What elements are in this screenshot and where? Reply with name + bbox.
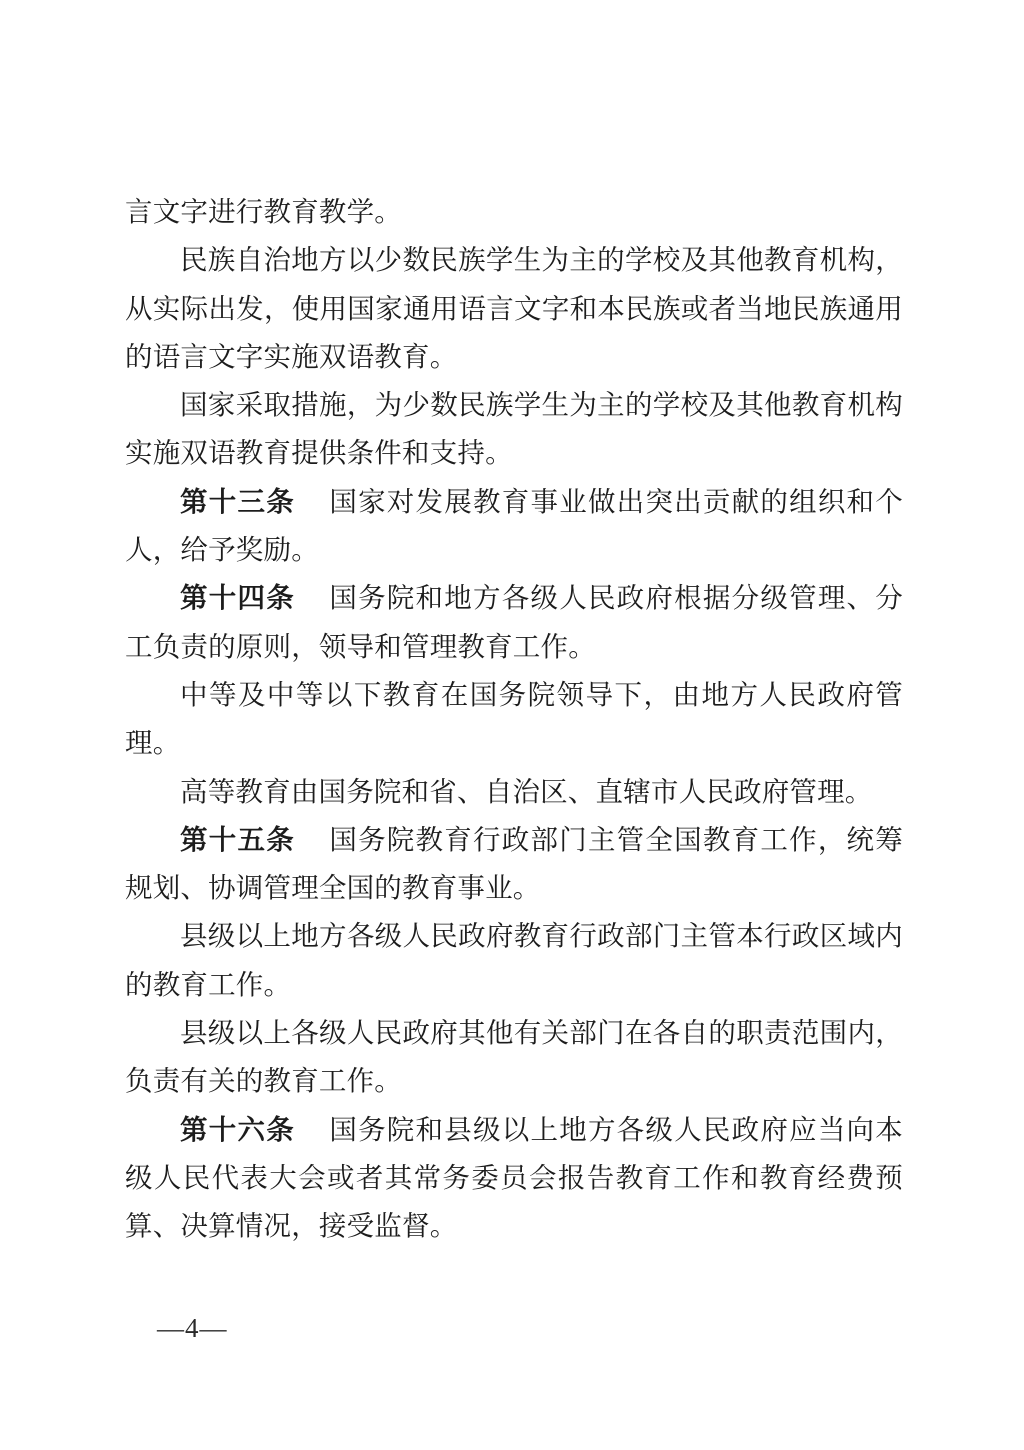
article-number: 第十五条 — [180, 824, 329, 855]
body-paragraph: 国家采取措施，为少数民族学生为主的学校及其他教育机构实施双语教育提供条件和支持。 — [125, 381, 903, 478]
article-number: 第十六条 — [180, 1114, 329, 1145]
article-number: 第十四条 — [180, 582, 329, 613]
document-body: 言文字进行教育教学。民族自治地方以少数民族学生为主的学校及其他教育机构，从实际出… — [125, 188, 903, 1251]
article-paragraph: 第十四条国务院和地方各级人民政府根据分级管理、分工负责的原则，领导和管理教育工作… — [125, 574, 903, 671]
body-paragraph: 县级以上各级人民政府其他有关部门在各自的职责范围内，负责有关的教育工作。 — [125, 1009, 903, 1106]
body-paragraph: 民族自治地方以少数民族学生为主的学校及其他教育机构，从实际出发，使用国家通用语言… — [125, 236, 903, 381]
document-page: 言文字进行教育教学。民族自治地方以少数民族学生为主的学校及其他教育机构，从实际出… — [0, 0, 1024, 1450]
body-paragraph: 高等教育由国务院和省、自治区、直辖市人民政府管理。 — [125, 768, 903, 816]
article-number: 第十三条 — [180, 486, 329, 517]
body-paragraph: 言文字进行教育教学。 — [125, 188, 903, 236]
body-paragraph: 县级以上地方各级人民政府教育行政部门主管本行政区域内的教育工作。 — [125, 912, 903, 1009]
article-paragraph: 第十六条国务院和县级以上地方各级人民政府应当向本级人民代表大会或者其常务委员会报… — [125, 1106, 903, 1251]
page-number: —4— — [157, 1312, 228, 1344]
body-paragraph: 中等及中等以下教育在国务院领导下，由地方人民政府管理。 — [125, 671, 903, 768]
article-paragraph: 第十五条国务院教育行政部门主管全国教育工作，统筹规划、协调管理全国的教育事业。 — [125, 816, 903, 913]
article-paragraph: 第十三条国家对发展教育事业做出突出贡献的组织和个人，给予奖励。 — [125, 478, 903, 575]
